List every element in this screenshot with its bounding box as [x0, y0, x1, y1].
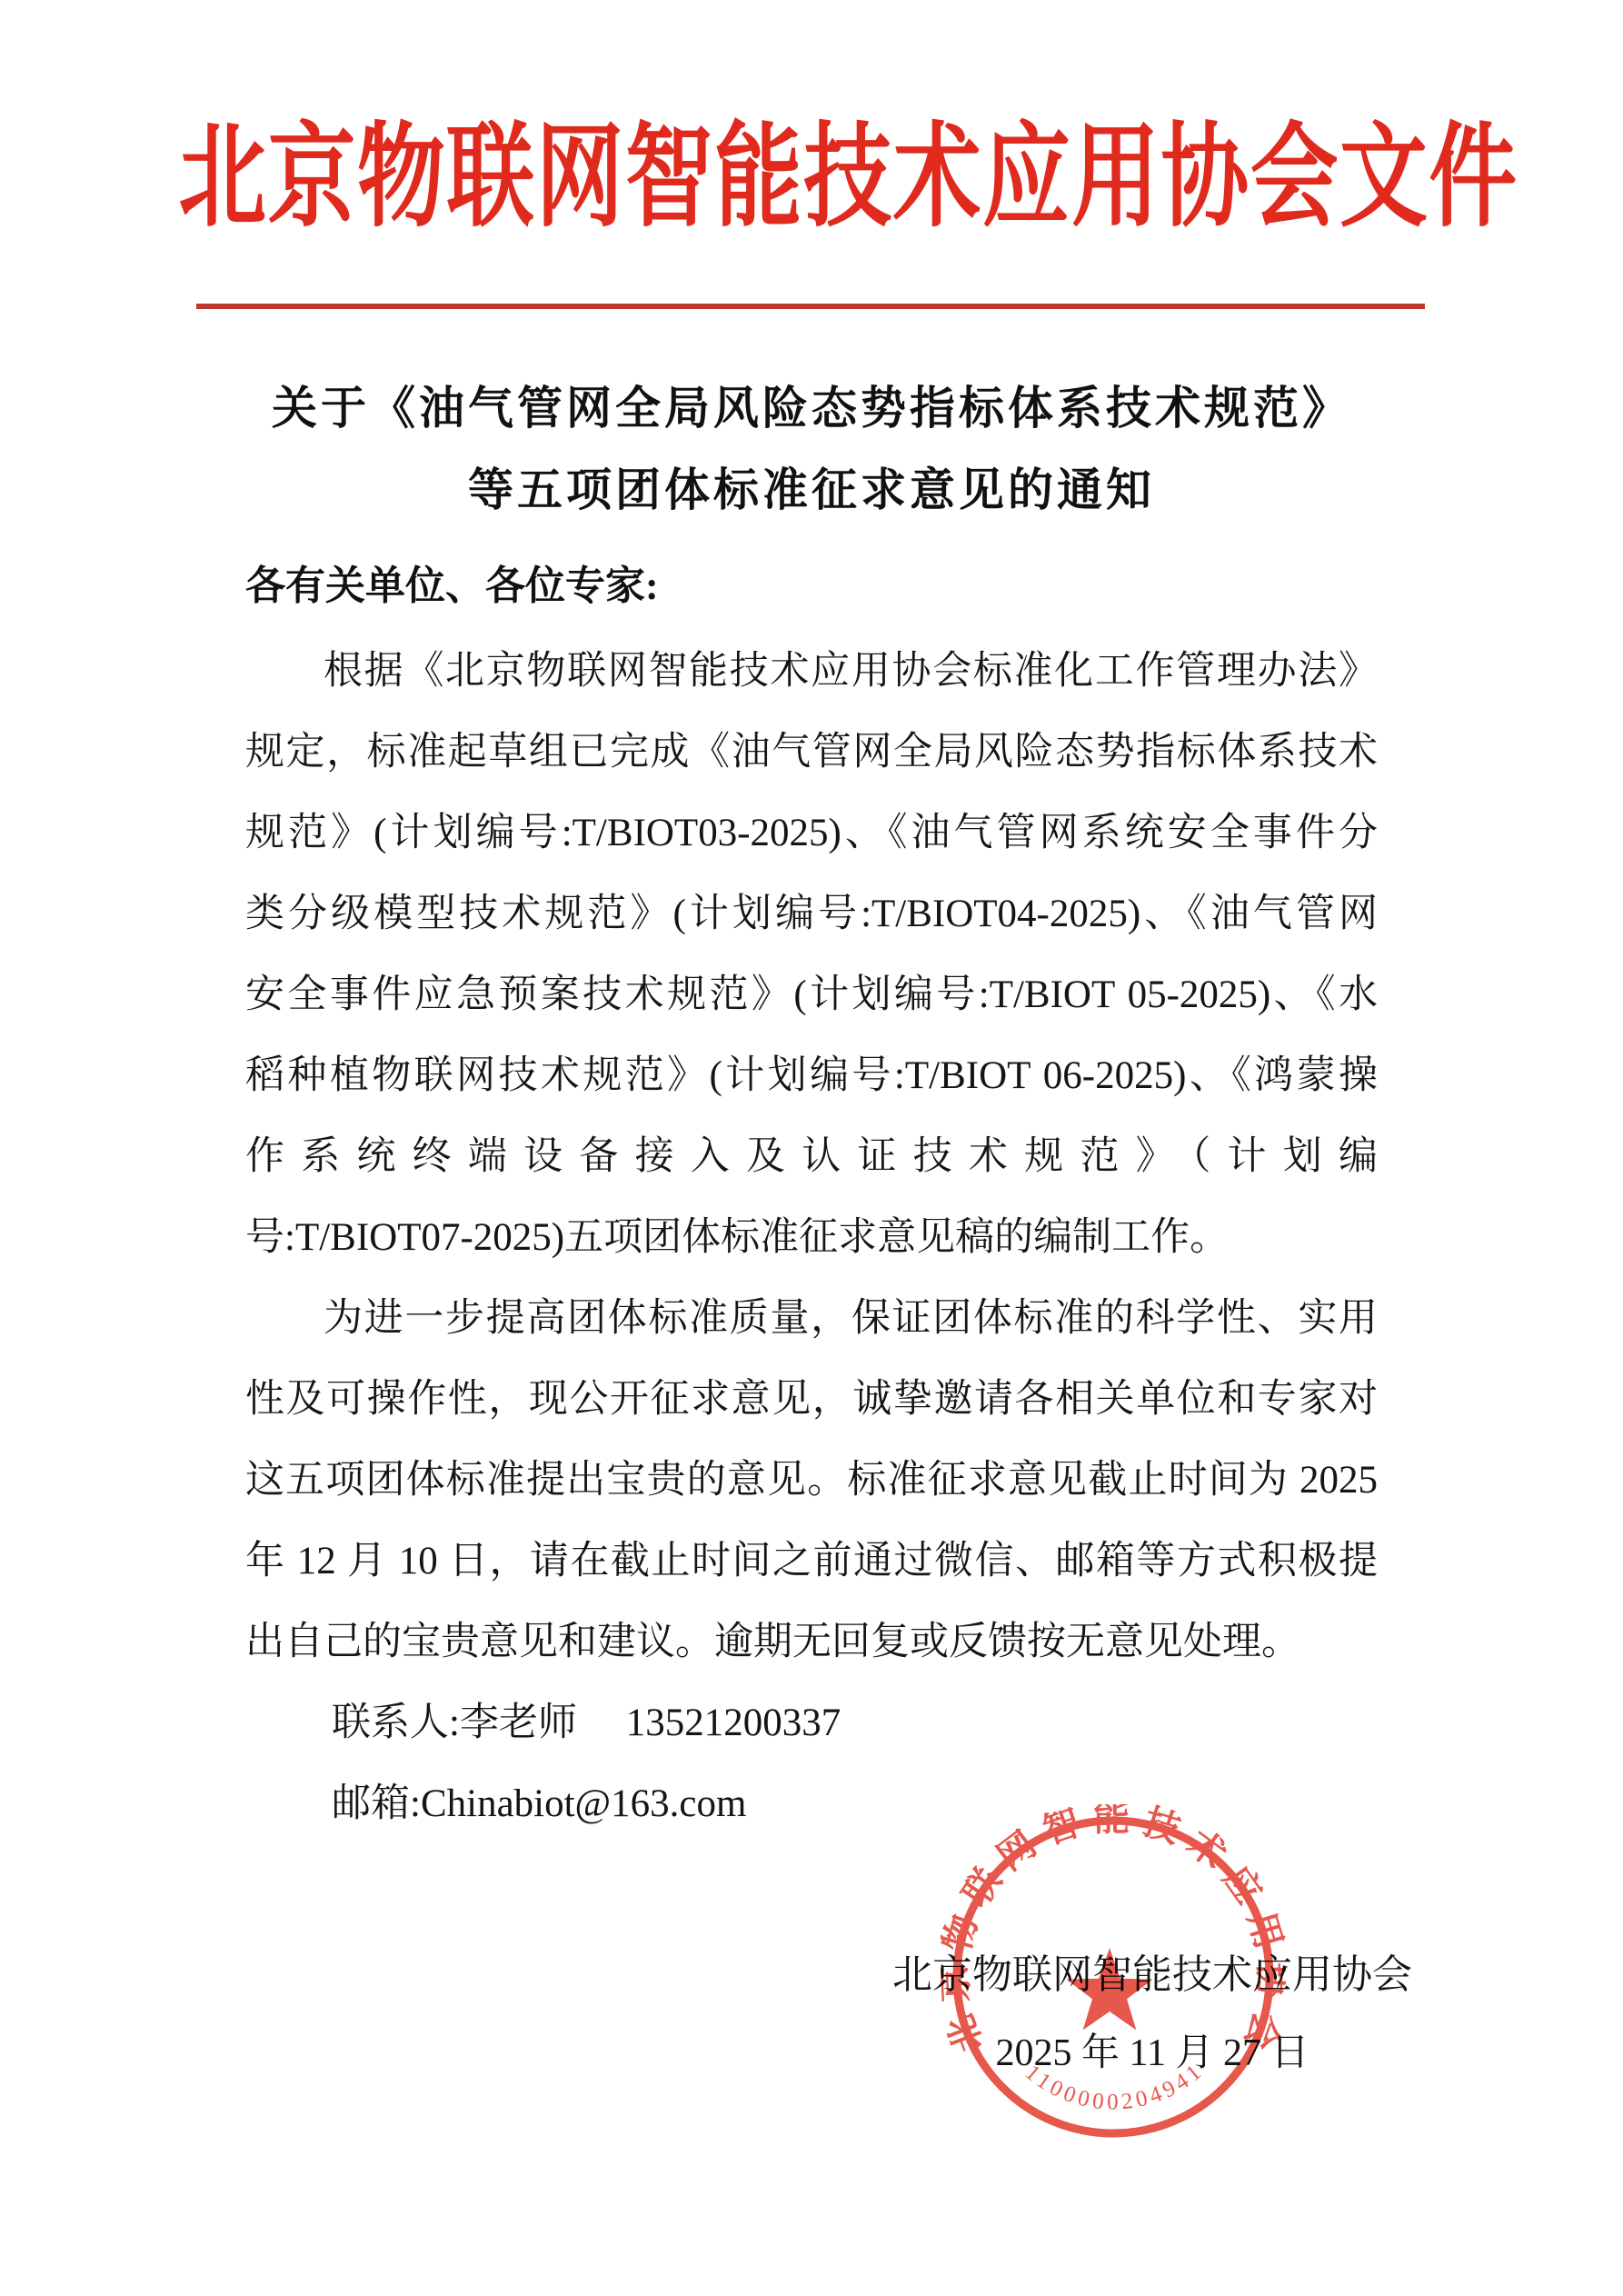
signature-block: 北京物联网智能技术应用协会 2025 年 11 月 27 日 — [892, 1936, 1412, 2092]
document-page: 北京物联网智能技术应用协会文件 关于《油气管网全局风险态势指标体系技术规范》 等… — [0, 0, 1623, 2296]
paragraph2-line1: 为进一步提高团体标准质量，保证团体标准的科学性、实用 — [245, 1278, 1378, 1359]
paragraph1-line7: 作系统终端设备接入及认证技术规范》（计划编 — [245, 1116, 1378, 1197]
letterhead-org-title: 北京物联网智能技术应用协会文件 — [178, 116, 1444, 240]
document-title: 关于《油气管网全局风险态势指标体系技术规范》 等五项团体标准征求意见的通知 — [0, 367, 1623, 531]
paragraph1-line1: 根据《北京物联网智能技术应用协会标准化工作管理办法》 — [245, 631, 1378, 712]
paragraph1-line4: 类分级模型技术规范》(计划编号:T/BIOT04-2025)、《油气管网 — [245, 873, 1378, 954]
document-title-line2: 等五项团体标准征求意见的通知 — [0, 449, 1623, 531]
contact-email-line: 邮箱:Chinabiot@163.com — [245, 1763, 1378, 1844]
salutation: 各有关单位、各位专家: — [245, 547, 659, 624]
letterhead-divider-rule — [196, 304, 1425, 309]
signature-org: 北京物联网智能技术应用协会 — [892, 1936, 1412, 2014]
document-body: 根据《北京物联网智能技术应用协会标准化工作管理办法》 规定，标准起草组已完成《油… — [245, 631, 1378, 1844]
paragraph1-line3: 规范》(计划编号:T/BIOT03-2025)、《油气管网系统安全事件分 — [245, 793, 1378, 873]
paragraph2-line2: 性及可操作性，现公开征求意见，诚挚邀请各相关单位和专家对 — [245, 1359, 1378, 1440]
paragraph2-line4: 年 12 月 10 日，请在截止时间之前通过微信、邮箱等方式积极提 — [245, 1521, 1378, 1602]
paragraph2-line3: 这五项团体标准提出宝贵的意见。标准征求意见截止时间为 2025 — [245, 1440, 1378, 1521]
paragraph2-line5: 出自己的宝贵意见和建议。逾期无回复或反馈按无意见处理。 — [245, 1602, 1378, 1682]
paragraph1-line6: 稻种植物联网技术规范》(计划编号:T/BIOT 06-2025)、《鸿蒙操 — [245, 1035, 1378, 1116]
document-title-line1: 关于《油气管网全局风险态势指标体系技术规范》 — [0, 367, 1623, 449]
signature-date: 2025 年 11 月 27 日 — [892, 2014, 1412, 2092]
contact-person-line: 联系人:李老师 13521200337 — [245, 1682, 1378, 1763]
paragraph1-line8: 号:T/BIOT07-2025)五项团体标准征求意见稿的编制工作。 — [245, 1197, 1378, 1278]
paragraph1-line5: 安全事件应急预案技术规范》(计划编号:T/BIOT 05-2025)、《水 — [245, 954, 1378, 1035]
paragraph1-line2: 规定，标准起草组已完成《油气管网全局风险态势指标体系技术 — [245, 712, 1378, 793]
